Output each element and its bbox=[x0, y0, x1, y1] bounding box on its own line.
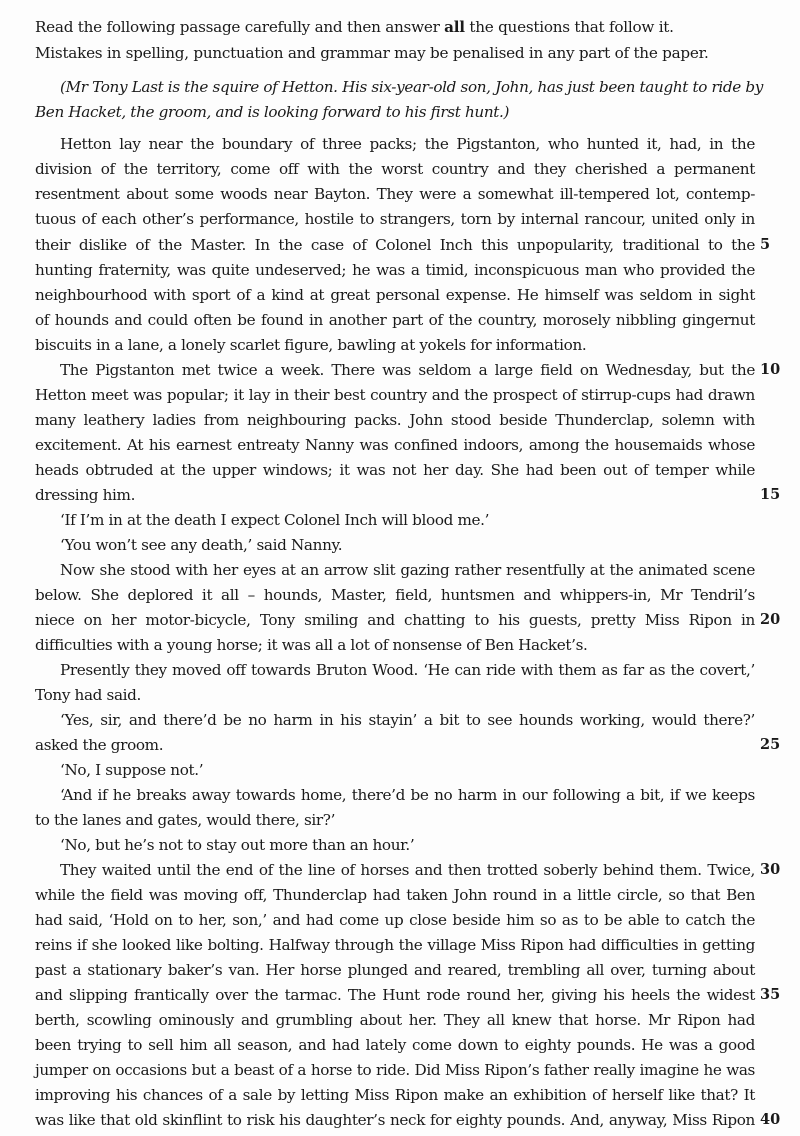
instruction-text: Read the following passage carefully and… bbox=[35, 18, 444, 36]
instruction-emphasis-all: all bbox=[444, 18, 465, 36]
line-number: 20 bbox=[760, 610, 780, 630]
passage-line: and slipping frantically over the tarmac… bbox=[35, 985, 755, 1005]
dialogue-line: ‘If I’m in at the death I expect Colonel… bbox=[60, 510, 755, 530]
line-number: 15 bbox=[760, 485, 780, 505]
exam-page: Read the following passage carefully and… bbox=[0, 0, 800, 1136]
passage-line: Now she stood with her eyes at an arrow … bbox=[60, 560, 755, 580]
line-number: 25 bbox=[760, 735, 780, 755]
dialogue-line: ‘And if he breaks away towards home, the… bbox=[60, 785, 755, 805]
passage-line: many leathery ladies from neighbouring p… bbox=[35, 410, 755, 430]
line-number: 5 bbox=[760, 235, 770, 255]
passage-line: berth, scowling ominously and grumbling … bbox=[35, 1010, 755, 1030]
passage-line: heads obtruded at the upper windows; it … bbox=[35, 460, 755, 480]
instruction-text: the questions that follow it. bbox=[465, 18, 674, 36]
passage-line: difficulties with a young horse; it was … bbox=[35, 635, 755, 655]
passage-line: improving his chances of a sale by letti… bbox=[35, 1085, 755, 1105]
passage-line: asked the groom. bbox=[35, 735, 755, 755]
passage-line: neighbourhood with sport of a kind at gr… bbox=[35, 285, 755, 305]
passage-line: resentment about some woods near Bayton.… bbox=[35, 184, 755, 204]
passage-line: below. She deplored it all – hounds, Mas… bbox=[35, 585, 755, 605]
passage-line: was like that old skinflint to risk his … bbox=[35, 1110, 755, 1130]
passage-line: The Pigstanton met twice a week. There w… bbox=[60, 360, 755, 380]
passage-line: Tony had said. bbox=[35, 685, 755, 705]
dialogue-line: ‘Yes, sir, and there’d be no harm in his… bbox=[60, 710, 755, 730]
dialogue-line: to the lanes and gates, would there, sir… bbox=[35, 810, 755, 830]
passage-line: hunting fraternity, was quite undeserved… bbox=[35, 260, 755, 280]
passage-line: past a stationary baker’s van. Her horse… bbox=[35, 960, 755, 980]
dialogue-line: ‘No, I suppose not.’ bbox=[60, 760, 755, 780]
passage-line: had said, ‘Hold on to her, son,’ and had… bbox=[35, 910, 755, 930]
dialogue-line: ‘You won’t see any death,’ said Nanny. bbox=[60, 535, 755, 555]
context-note-line-2: Ben Hacket, the groom, and is looking fo… bbox=[35, 102, 755, 122]
passage-line: been trying to sell him all season, and … bbox=[35, 1035, 755, 1055]
passage-line: Hetton lay near the boundary of three pa… bbox=[60, 134, 755, 154]
line-number: 35 bbox=[760, 985, 780, 1005]
passage-line: while the field was moving off, Thunderc… bbox=[35, 885, 755, 905]
line-number: 30 bbox=[760, 860, 780, 880]
passage-line: dressing him. bbox=[35, 485, 755, 505]
passage-line: biscuits in a lane, a lonely scarlet fig… bbox=[35, 335, 755, 355]
passage-line: Presently they moved off towards Bruton … bbox=[60, 660, 755, 680]
passage-line: their dislike of the Master. In the case… bbox=[35, 235, 755, 255]
passage-line: division of the territory, come off with… bbox=[35, 159, 755, 179]
line-number: 10 bbox=[760, 360, 780, 380]
instruction-line-2: Mistakes in spelling, punctuation and gr… bbox=[35, 43, 755, 63]
passage-line: tuous of each other’s performance, hosti… bbox=[35, 209, 755, 229]
context-note-line-1: (Mr Tony Last is the squire of Hetton. H… bbox=[60, 77, 755, 97]
passage-line: niece on her motor-bicycle, Tony smiling… bbox=[35, 610, 755, 630]
passage-line: Hetton meet was popular; it lay in their… bbox=[35, 385, 755, 405]
passage-line: of hounds and could often be found in an… bbox=[35, 310, 755, 330]
dialogue-line: ‘No, but he’s not to stay out more than … bbox=[60, 835, 755, 855]
passage-line: excitement. At his earnest entreaty Nann… bbox=[35, 435, 755, 455]
passage-line: They waited until the end of the line of… bbox=[60, 860, 755, 880]
passage-line: reins if she looked like bolting. Halfwa… bbox=[35, 935, 755, 955]
instruction-line-1: Read the following passage carefully and… bbox=[35, 17, 755, 37]
line-number: 40 bbox=[760, 1110, 780, 1130]
passage-line: jumper on occasions but a beast of a hor… bbox=[35, 1060, 755, 1080]
